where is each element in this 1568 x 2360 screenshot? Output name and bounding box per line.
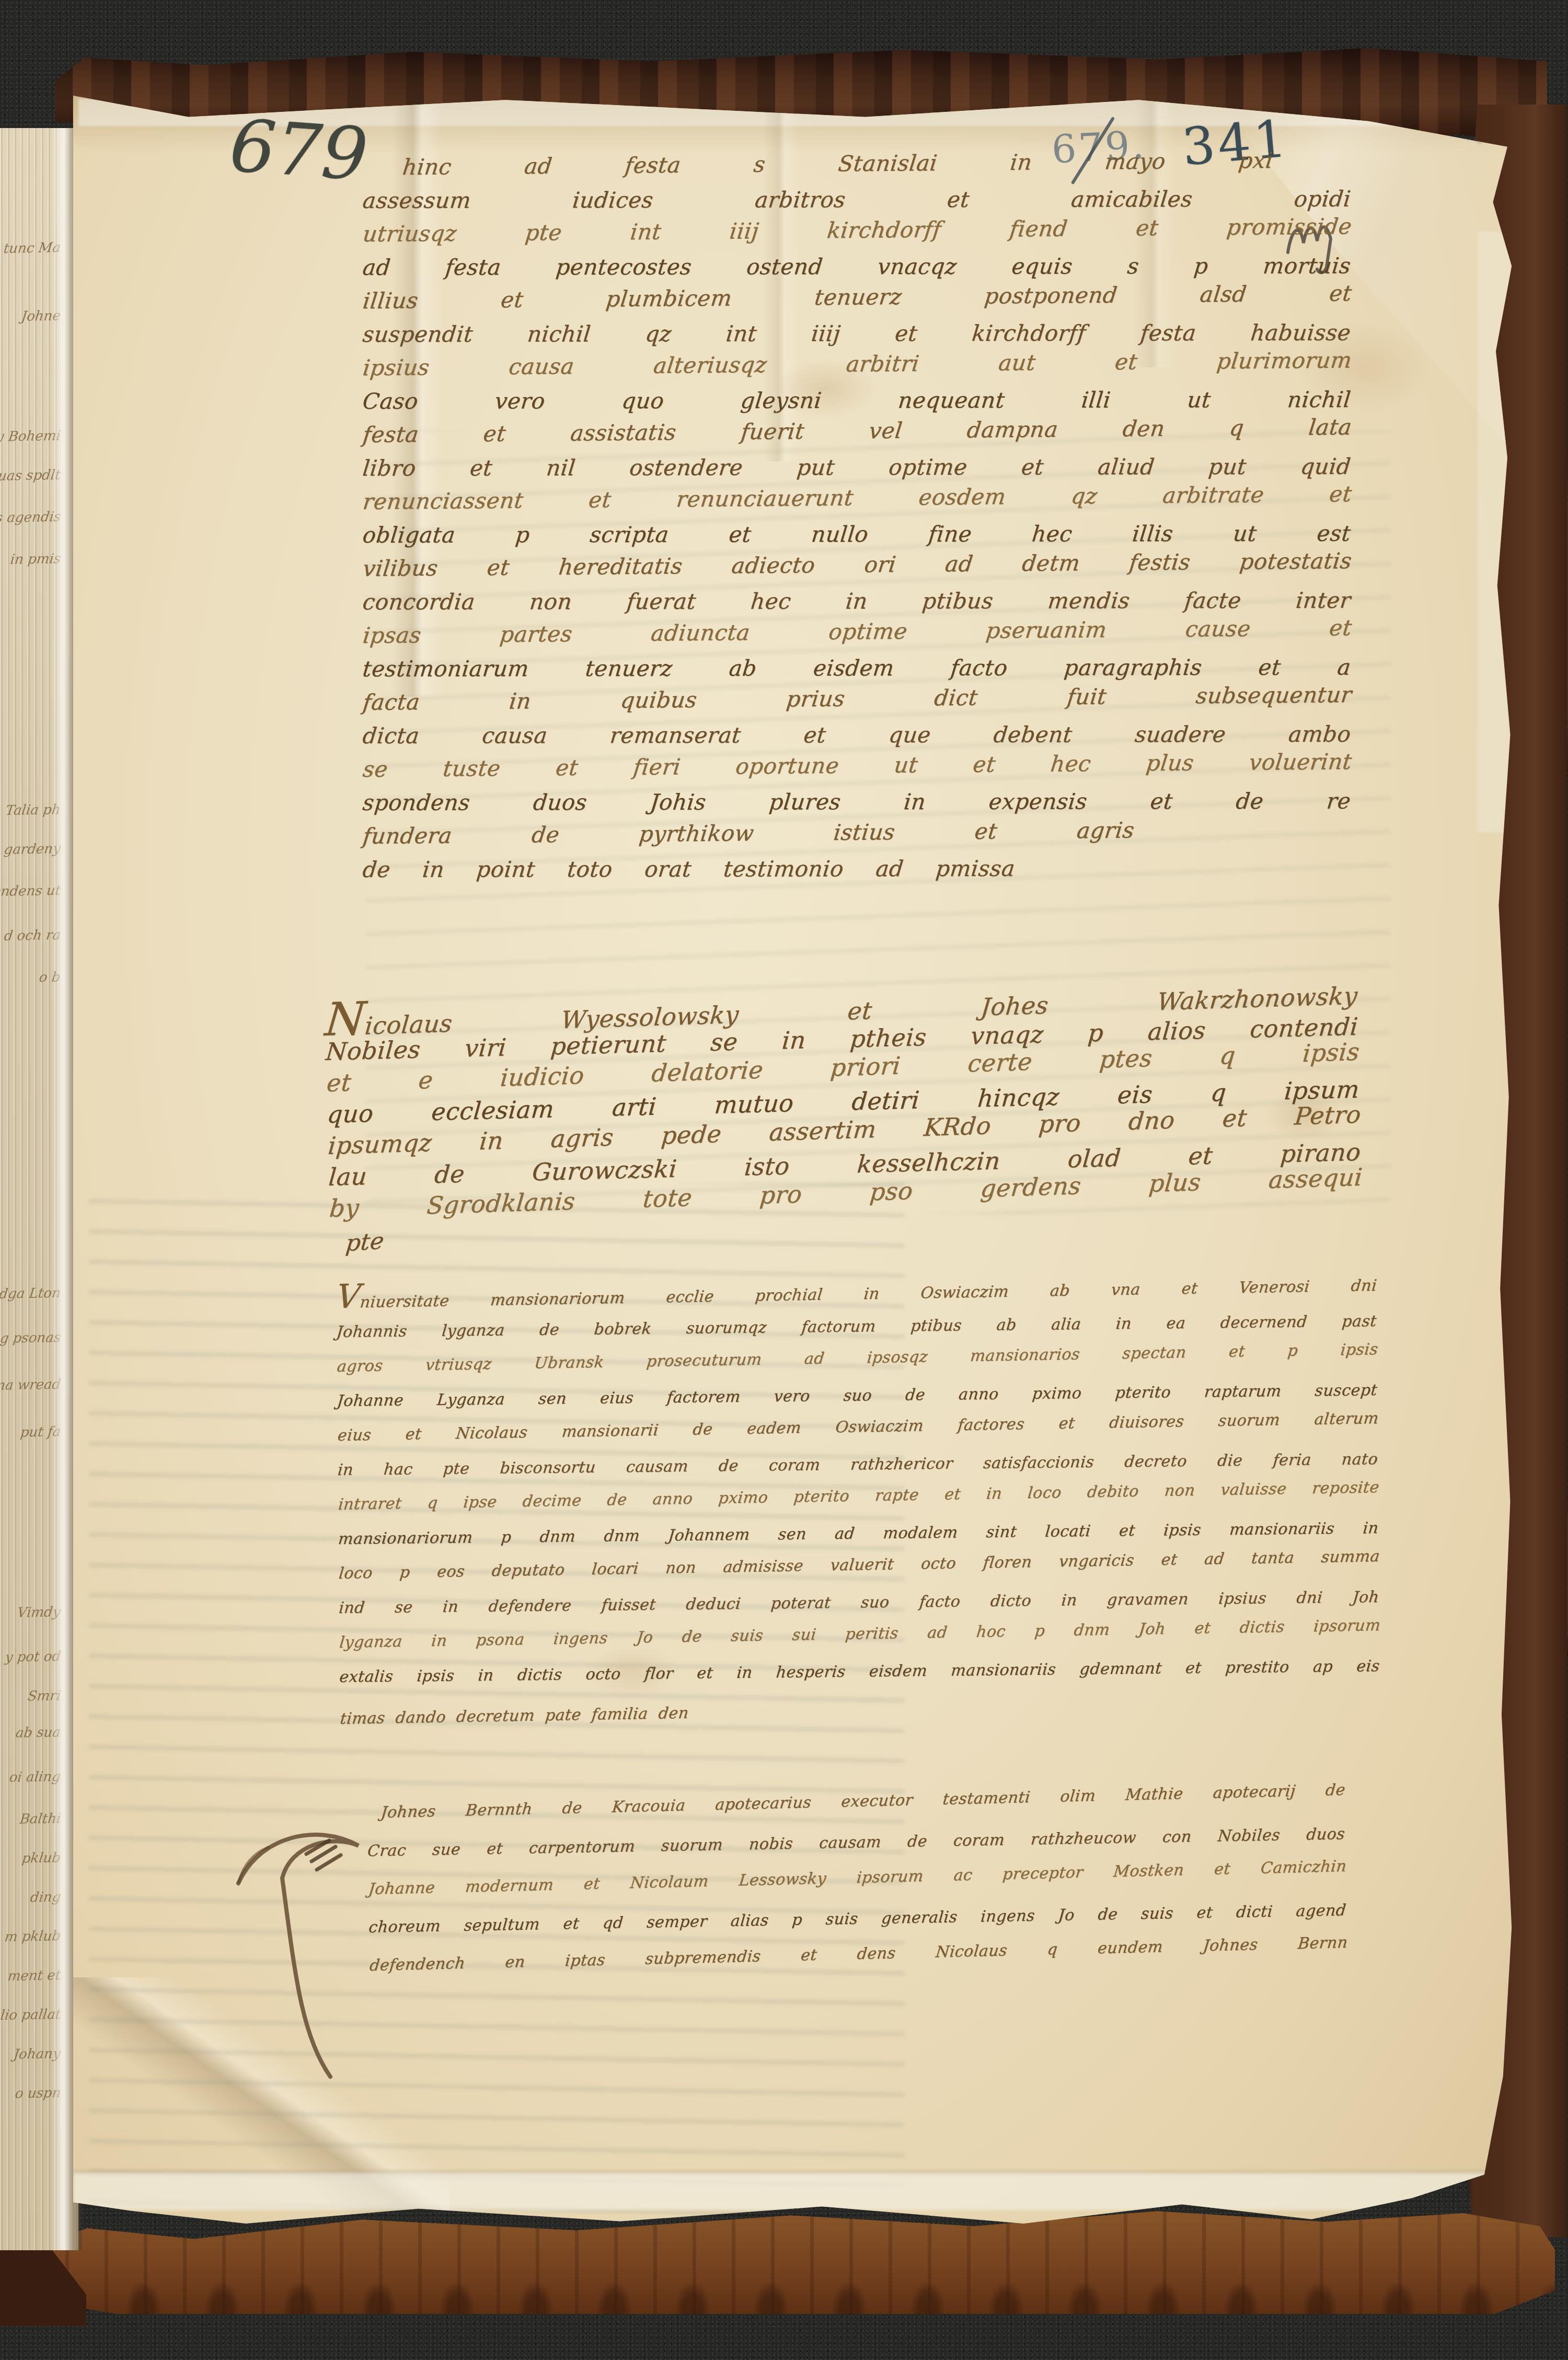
handwritten-line: spondens duos Johis plures in expensis e… — [361, 788, 1352, 823]
manuscript-page: 679 679. 341 hinc ad festa s Stanislai i… — [73, 96, 1513, 2226]
handwritten-line: utriusqz pte int iiij kirchdorff fiend e… — [361, 213, 1353, 255]
handwritten-line: hinc ad festa s Stanislai in mayo pxi — [400, 147, 1274, 188]
manuscript-photo: tunc MaJohney Bohemituas spdlts agendisi… — [0, 0, 1568, 2360]
handwritten-line: timas dando decretum pate familia den — [338, 1702, 820, 1744]
handwritten-line: fundera de pyrthikow istius et agris — [361, 817, 1136, 857]
handwritten-line: renunciassent et renunciauerunt eosdem q… — [361, 481, 1353, 522]
handwritten-line: de in point toto orat testimonio ad pmis… — [361, 856, 1016, 890]
entry-block-3: Vniuersitate mansionariorum ecclie proch… — [333, 1280, 1378, 1744]
handwritten-line: se tuste et fieri oportune ut et hec plu… — [361, 749, 1353, 790]
entry-block-2: Nicolaus Wyessolowsky et Johes Wakrzhono… — [323, 983, 1360, 1226]
bottom-cover-leather-edge — [26, 2207, 1555, 2314]
entry-block-4: Johnes Bernnth de Kracouia apotecarius e… — [364, 1789, 1344, 1995]
handwritten-line: ipsas partes adiuncta optime pseruanim c… — [361, 615, 1353, 656]
handwritten-line: ipsius causa alteriusqz arbitri aut et p… — [361, 347, 1353, 388]
catchword: pte — [344, 1228, 385, 1257]
handwritten-line: illius et plumbicem tenuerz postponend a… — [361, 280, 1353, 321]
handwritten-line: facta in quibus prius dict fuit subseque… — [361, 682, 1353, 723]
handwritten-line: vilibus et hereditatis adiecto ori ad de… — [361, 548, 1353, 589]
folio-number-ink: 679 — [228, 110, 370, 191]
bottom-edge-highlight — [73, 2172, 1513, 2210]
handwritten-line: festa et assistatis fuerit vel dampna de… — [361, 414, 1353, 455]
entry-block-1: hinc ad festa s Stanislai in mayo pxiass… — [361, 154, 1348, 890]
